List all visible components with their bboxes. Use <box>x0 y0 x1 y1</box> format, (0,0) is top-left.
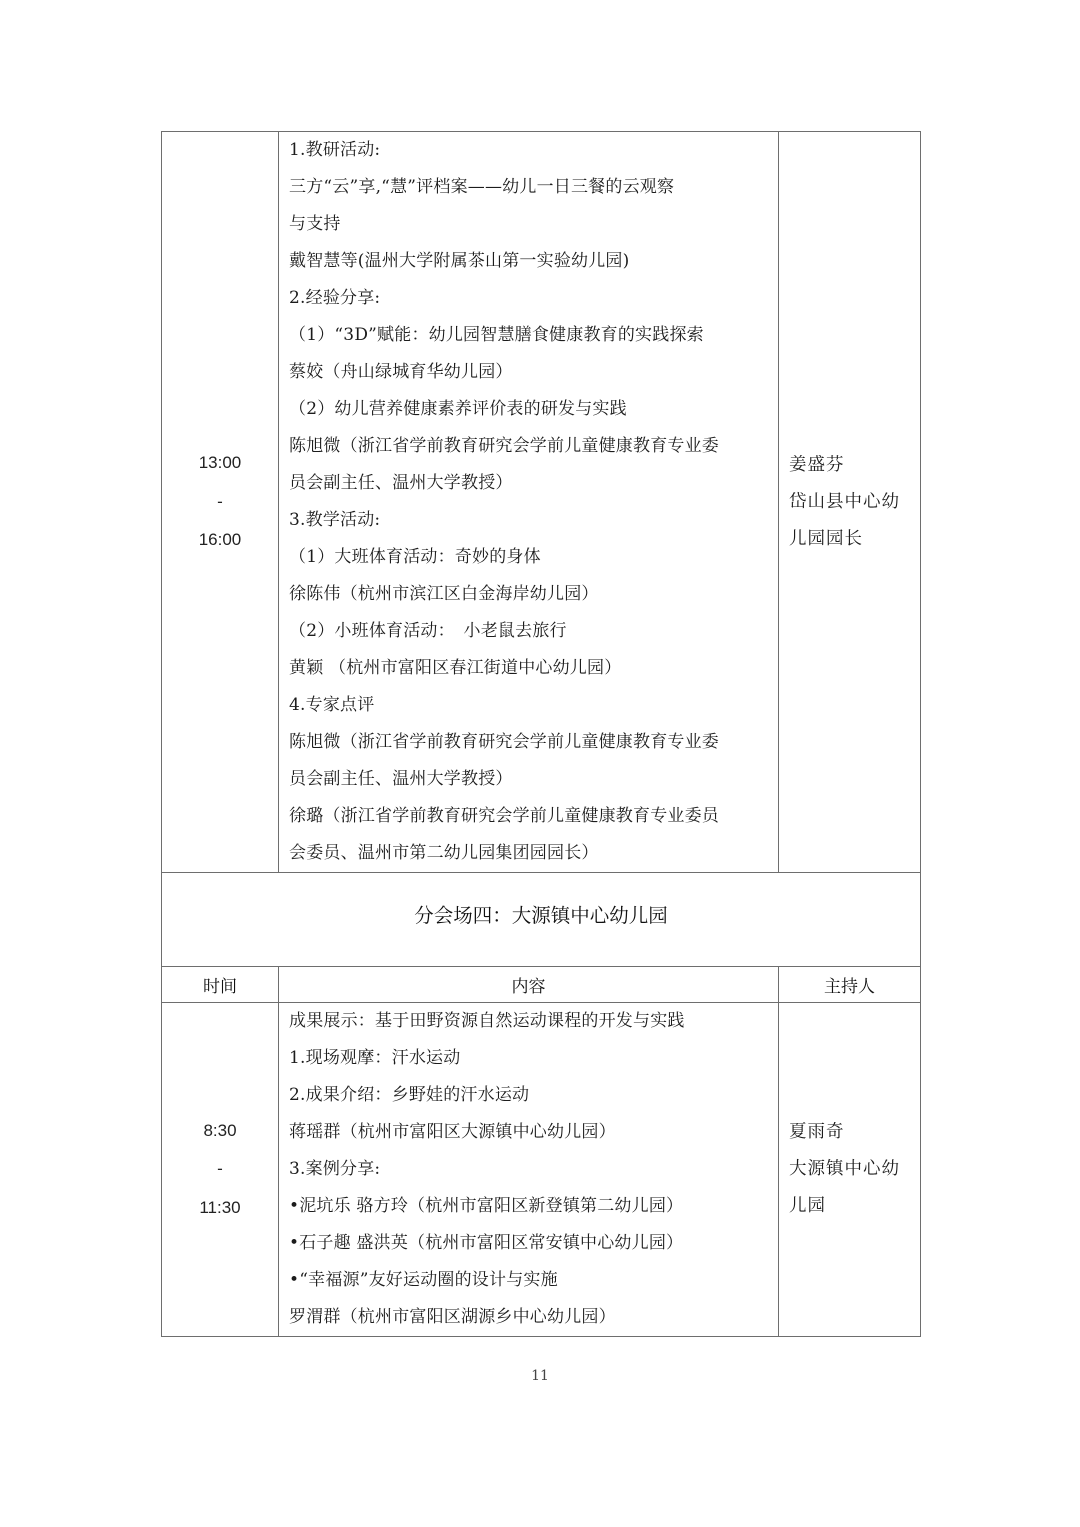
header-host: 主持人 <box>779 967 921 1003</box>
host-title: 儿园 <box>789 1188 920 1225</box>
content-line: 2.经验分享: <box>289 280 778 317</box>
content-line: 黄颖 （杭州市富阳区春江街道中心幼儿园） <box>289 650 778 687</box>
header-time: 时间 <box>162 967 279 1003</box>
time-end: 11:30 <box>162 1189 278 1228</box>
content-line: 三方“云”享,“慧”评档案——幼儿一日三餐的云观察 <box>289 169 778 206</box>
content-line: 会委员、温州市第二幼儿园集团园园长） <box>289 835 778 872</box>
content-line: 1.现场观摩：汗水运动 <box>289 1040 778 1077</box>
time-cell: 8:30 - 11:30 <box>162 1003 279 1337</box>
content-line: 3.教学活动: <box>289 502 778 539</box>
content-line: （2）幼儿营养健康素养评价表的研发与实践 <box>289 391 778 428</box>
content-line: 员会副主任、温州大学教授） <box>289 465 778 502</box>
content-line: （1）“3D”赋能：幼儿园智慧膳食健康教育的实践探索 <box>289 317 778 354</box>
content-cell: 1.教研活动: 三方“云”享,“慧”评档案——幼儿一日三餐的云观察 与支持 戴智… <box>279 132 779 873</box>
section-title-row: 分会场四：大源镇中心幼儿园 <box>162 873 921 967</box>
content-line: 1.教研活动: <box>289 132 778 169</box>
content-line: （1）大班体育活动：奇妙的身体 <box>289 539 778 576</box>
header-row: 时间 内容 主持人 <box>162 967 921 1003</box>
content-line: 徐璐（浙江省学前教育研究会学前儿童健康教育专业委员 <box>289 798 778 835</box>
host-title: 儿园园长 <box>789 521 920 558</box>
content-line: 员会副主任、温州大学教授） <box>289 761 778 798</box>
content-cell: 成果展示：基于田野资源自然运动课程的开发与实践 1.现场观摩：汗水运动 2.成果… <box>279 1003 779 1337</box>
content-line: （2）小班体育活动： 小老鼠去旅行 <box>289 613 778 650</box>
content-line: •石子趣 盛洪英（杭州市富阳区常安镇中心幼儿园） <box>289 1225 778 1262</box>
host-title: 岱山县中心幼 <box>789 484 920 521</box>
content-line: 3.案例分享: <box>289 1151 778 1188</box>
content-line: •“幸福源”友好运动圈的设计与实施 <box>289 1262 778 1299</box>
host-name: 姜盛芬 <box>789 447 920 484</box>
content-line: •泥坑乐 骆方玲（杭州市富阳区新登镇第二幼儿园） <box>289 1188 778 1225</box>
time-end: 16:00 <box>162 521 278 560</box>
header-content: 内容 <box>279 967 779 1003</box>
content-line: 徐陈伟（杭州市滨江区白金海岸幼儿园） <box>289 576 778 613</box>
content-line: 戴智慧等(温州大学附属茶山第一实验幼儿园) <box>289 243 778 280</box>
content-line: 陈旭微（浙江省学前教育研究会学前儿童健康教育专业委 <box>289 724 778 761</box>
content-line: 陈旭微（浙江省学前教育研究会学前儿童健康教育专业委 <box>289 428 778 465</box>
schedule-row-morning: 8:30 - 11:30 成果展示：基于田野资源自然运动课程的开发与实践 1.现… <box>162 1003 921 1337</box>
time-start: 13:00 <box>162 444 278 483</box>
page-number: 11 <box>0 1368 1080 1384</box>
time-cell: 13:00 - 16:00 <box>162 132 279 873</box>
schedule-row-afternoon: 13:00 - 16:00 1.教研活动: 三方“云”享,“慧”评档案——幼儿一… <box>162 132 921 873</box>
content-line: 与支持 <box>289 206 778 243</box>
content-line: 4.专家点评 <box>289 687 778 724</box>
host-cell: 夏雨奇 大源镇中心幼 儿园 <box>779 1003 921 1337</box>
host-name: 夏雨奇 <box>789 1114 920 1151</box>
section-title: 分会场四：大源镇中心幼儿园 <box>162 873 921 967</box>
document-page: 13:00 - 16:00 1.教研活动: 三方“云”享,“慧”评档案——幼儿一… <box>0 0 1080 1527</box>
host-cell: 姜盛芬 岱山县中心幼 儿园园长 <box>779 132 921 873</box>
content-line: 2.成果介绍：乡野娃的汗水运动 <box>289 1077 778 1114</box>
content-line: 罗渭群（杭州市富阳区湖源乡中心幼儿园） <box>289 1299 778 1336</box>
section-title-text: 分会场四：大源镇中心幼儿园 <box>414 904 668 927</box>
content-line: 蔡姣（舟山绿城育华幼儿园） <box>289 354 778 391</box>
content-line: 蒋瑶群（杭州市富阳区大源镇中心幼儿园） <box>289 1114 778 1151</box>
time-start: 8:30 <box>162 1112 278 1151</box>
schedule-table: 13:00 - 16:00 1.教研活动: 三方“云”享,“慧”评档案——幼儿一… <box>161 131 921 1337</box>
time-separator: - <box>162 1150 278 1189</box>
time-separator: - <box>162 483 278 522</box>
content-line: 成果展示：基于田野资源自然运动课程的开发与实践 <box>289 1003 778 1040</box>
host-title: 大源镇中心幼 <box>789 1151 920 1188</box>
